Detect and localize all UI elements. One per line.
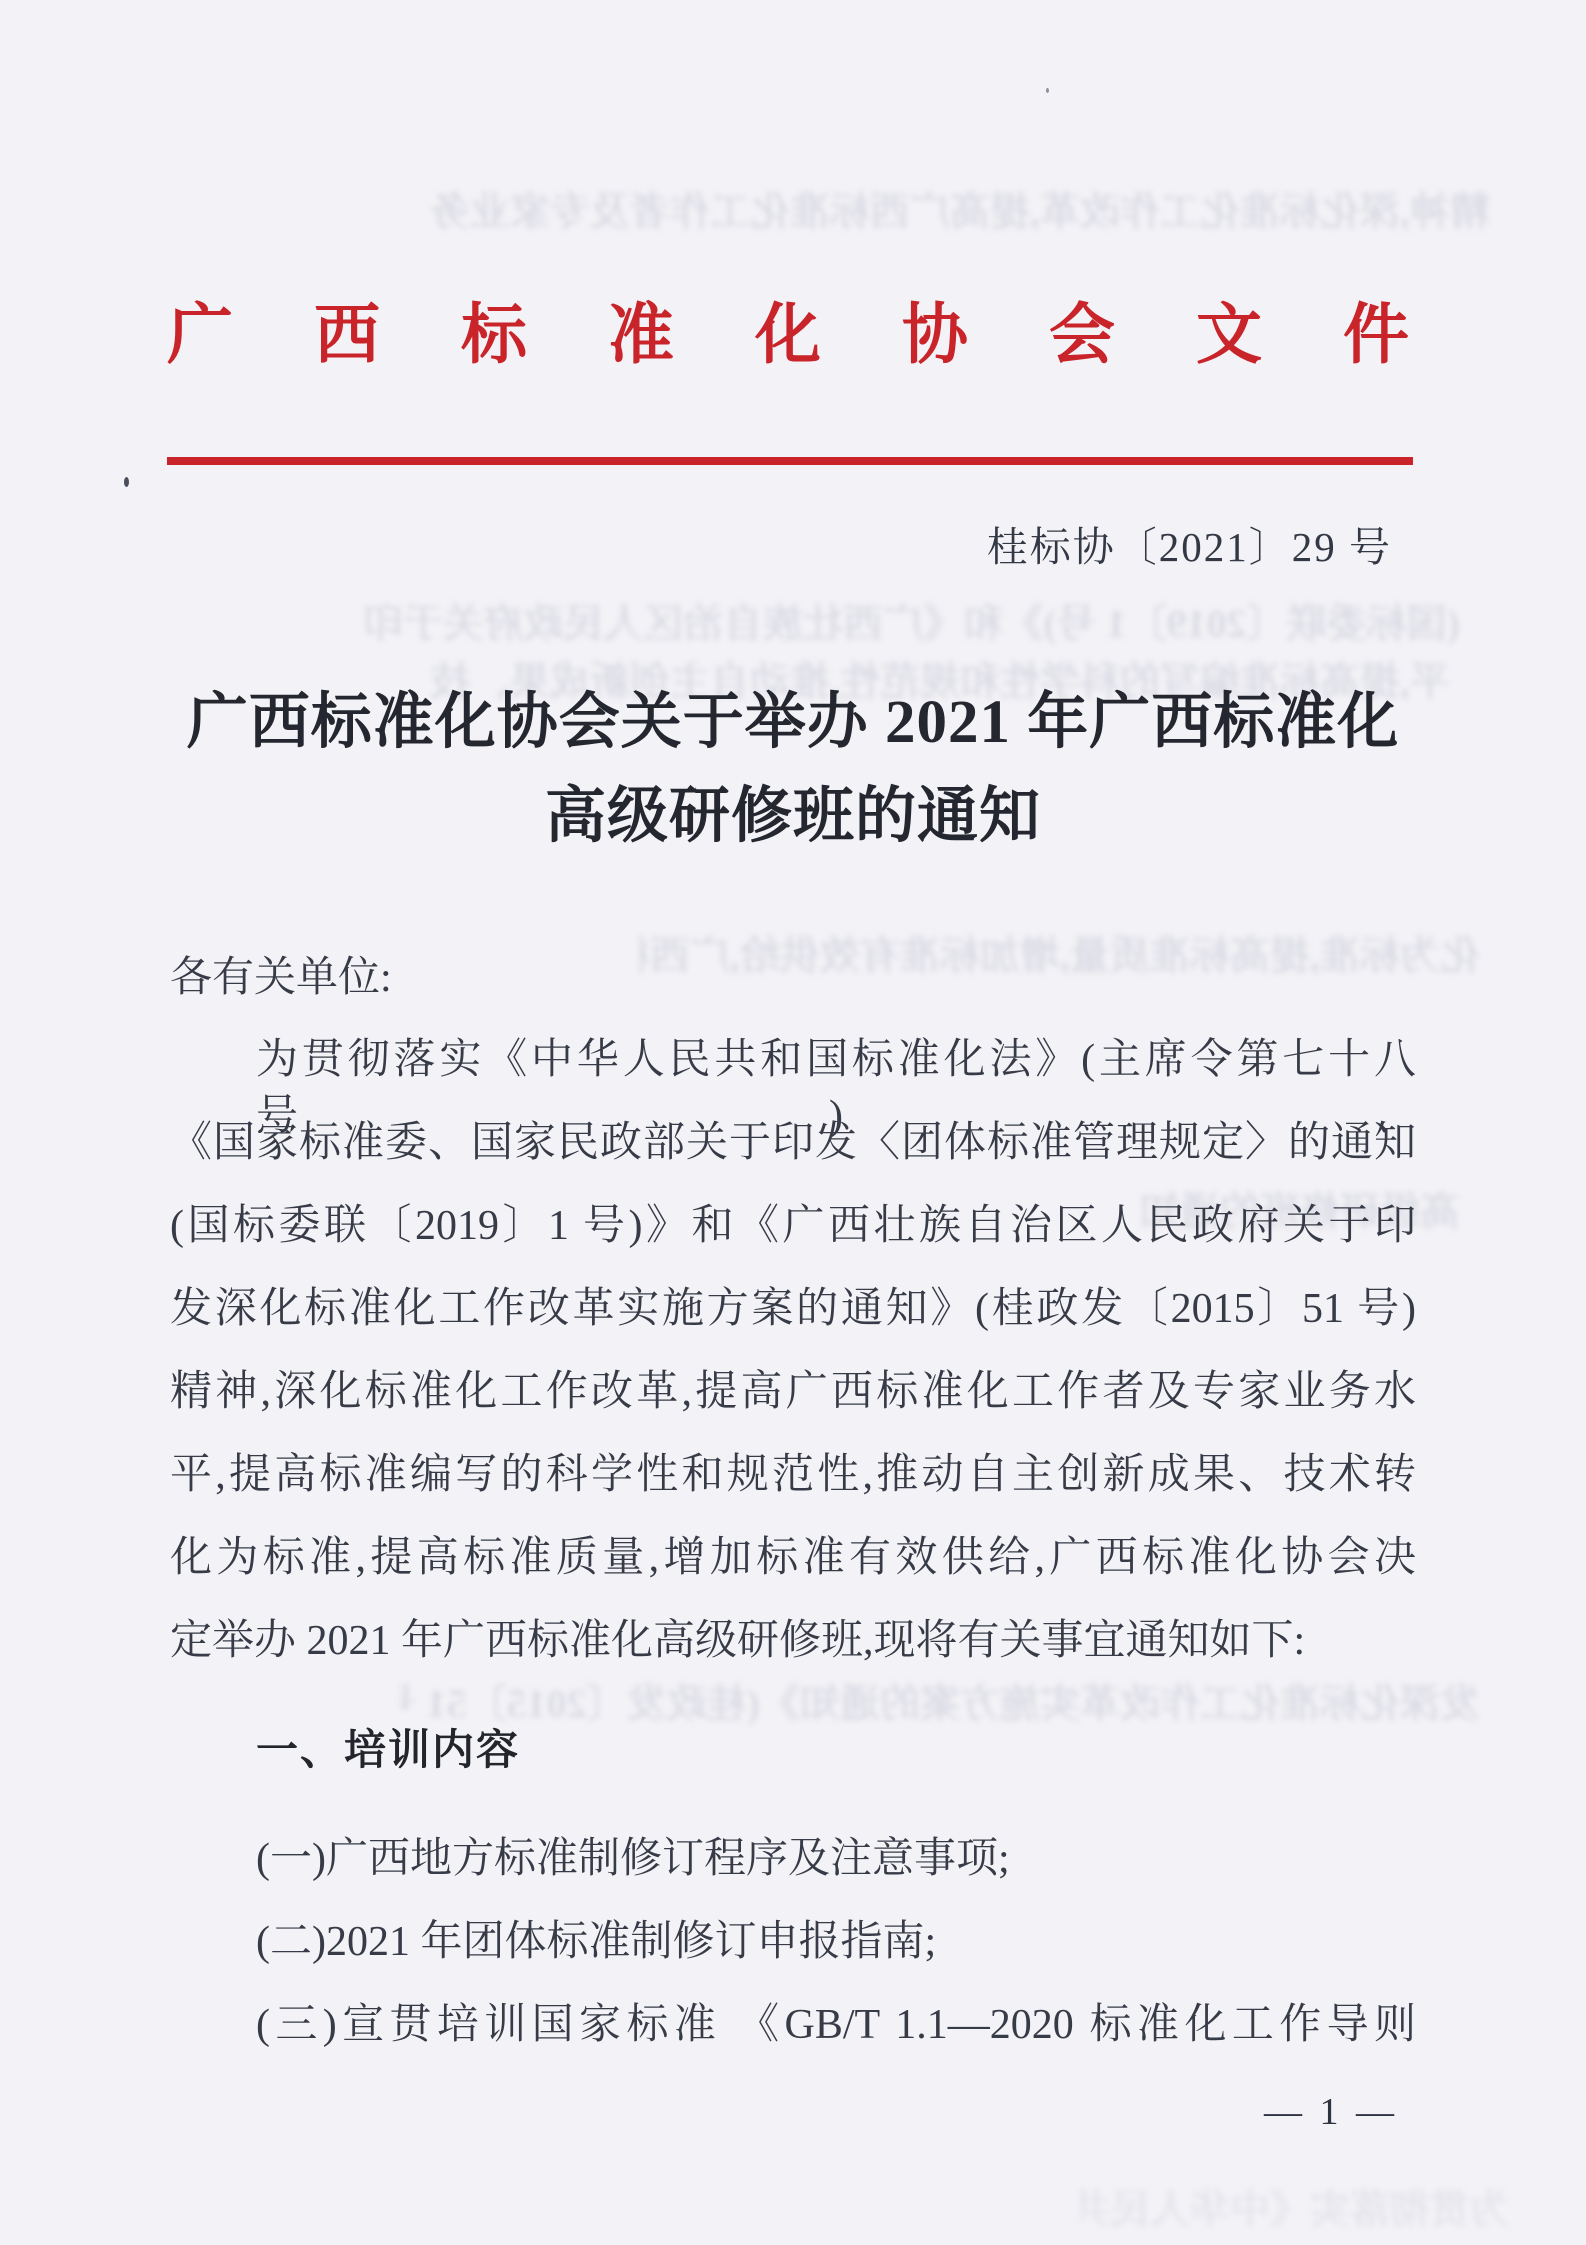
letterhead-divider-line (167, 457, 1413, 465)
bleed-through-text: 为贯彻落实《中华人民共和国标准化法》(主席令第七十八号)、 (1080, 2184, 1510, 2236)
document-title-line1: 广西标准化协会关于举办 2021 年广西标准化 (0, 676, 1586, 770)
body-line: (国标委联〔2019〕1 号)》和《广西壮族自治区人民政府关于印 (170, 1198, 1416, 1254)
bleed-through-text: 精神,深化标准化工作改革,提高广西标准化工作者及专家业务水 (430, 186, 1490, 238)
scan-speck (1046, 88, 1049, 93)
scanned-document-page: 精神,深化标准化工作改革,提高广西标准化工作者及专家业务水 (国标委联〔2019… (0, 0, 1586, 2245)
body-line: 精神,深化标准化工作改革,提高广西标准化工作者及专家业务水 (170, 1364, 1416, 1420)
document-title: 广西标准化协会关于举办 2021 年广西标准化 高级研修班的通知 (0, 676, 1586, 864)
body-line: 定举办 2021 年广西标准化高级研修班,现将有关事宜通知如下: (170, 1613, 1416, 1669)
document-reference-number: 桂标协〔2021〕29 号 (987, 523, 1392, 572)
body-line: 发深化标准化工作改革实施方案的通知》(桂政发〔2015〕51 号) (170, 1281, 1416, 1337)
list-item: (二)2021 年团体标准制修订申报指南; (170, 1914, 1416, 1970)
list-item: (三)宣贯培训国家标准 《GB/T 1.1—2020 标准化工作导则 (170, 1997, 1416, 2053)
section-heading-training-content: 一、培训内容 (170, 1722, 1416, 1778)
page-number: — 1 — (1264, 2090, 1398, 2134)
document-title-line2: 高级研修班的通知 (0, 770, 1586, 864)
letterhead-org-title: 广西标准化协会文件 (167, 303, 1467, 369)
body-line: 化为标准,提高标准质量,增加标准有效供给,广西标准化协会决 (170, 1530, 1416, 1586)
scan-speck (124, 477, 129, 487)
body-line: 平,提高标准编写的科学性和规范性,推动自主创新成果、技术转 (170, 1447, 1416, 1503)
list-item: (一)广西地方标准制修订程序及注意事项; (170, 1831, 1416, 1887)
salutation-line: 各有关单位: (170, 950, 1416, 1006)
body-line: 《国家标准委、国家民政部关于印发〈团体标准管理规定〉的通知 (170, 1115, 1416, 1171)
bleed-through-text: (国标委联〔2019〕1 号)》和《广西壮族自治区人民政府关于印 (360, 598, 1460, 650)
